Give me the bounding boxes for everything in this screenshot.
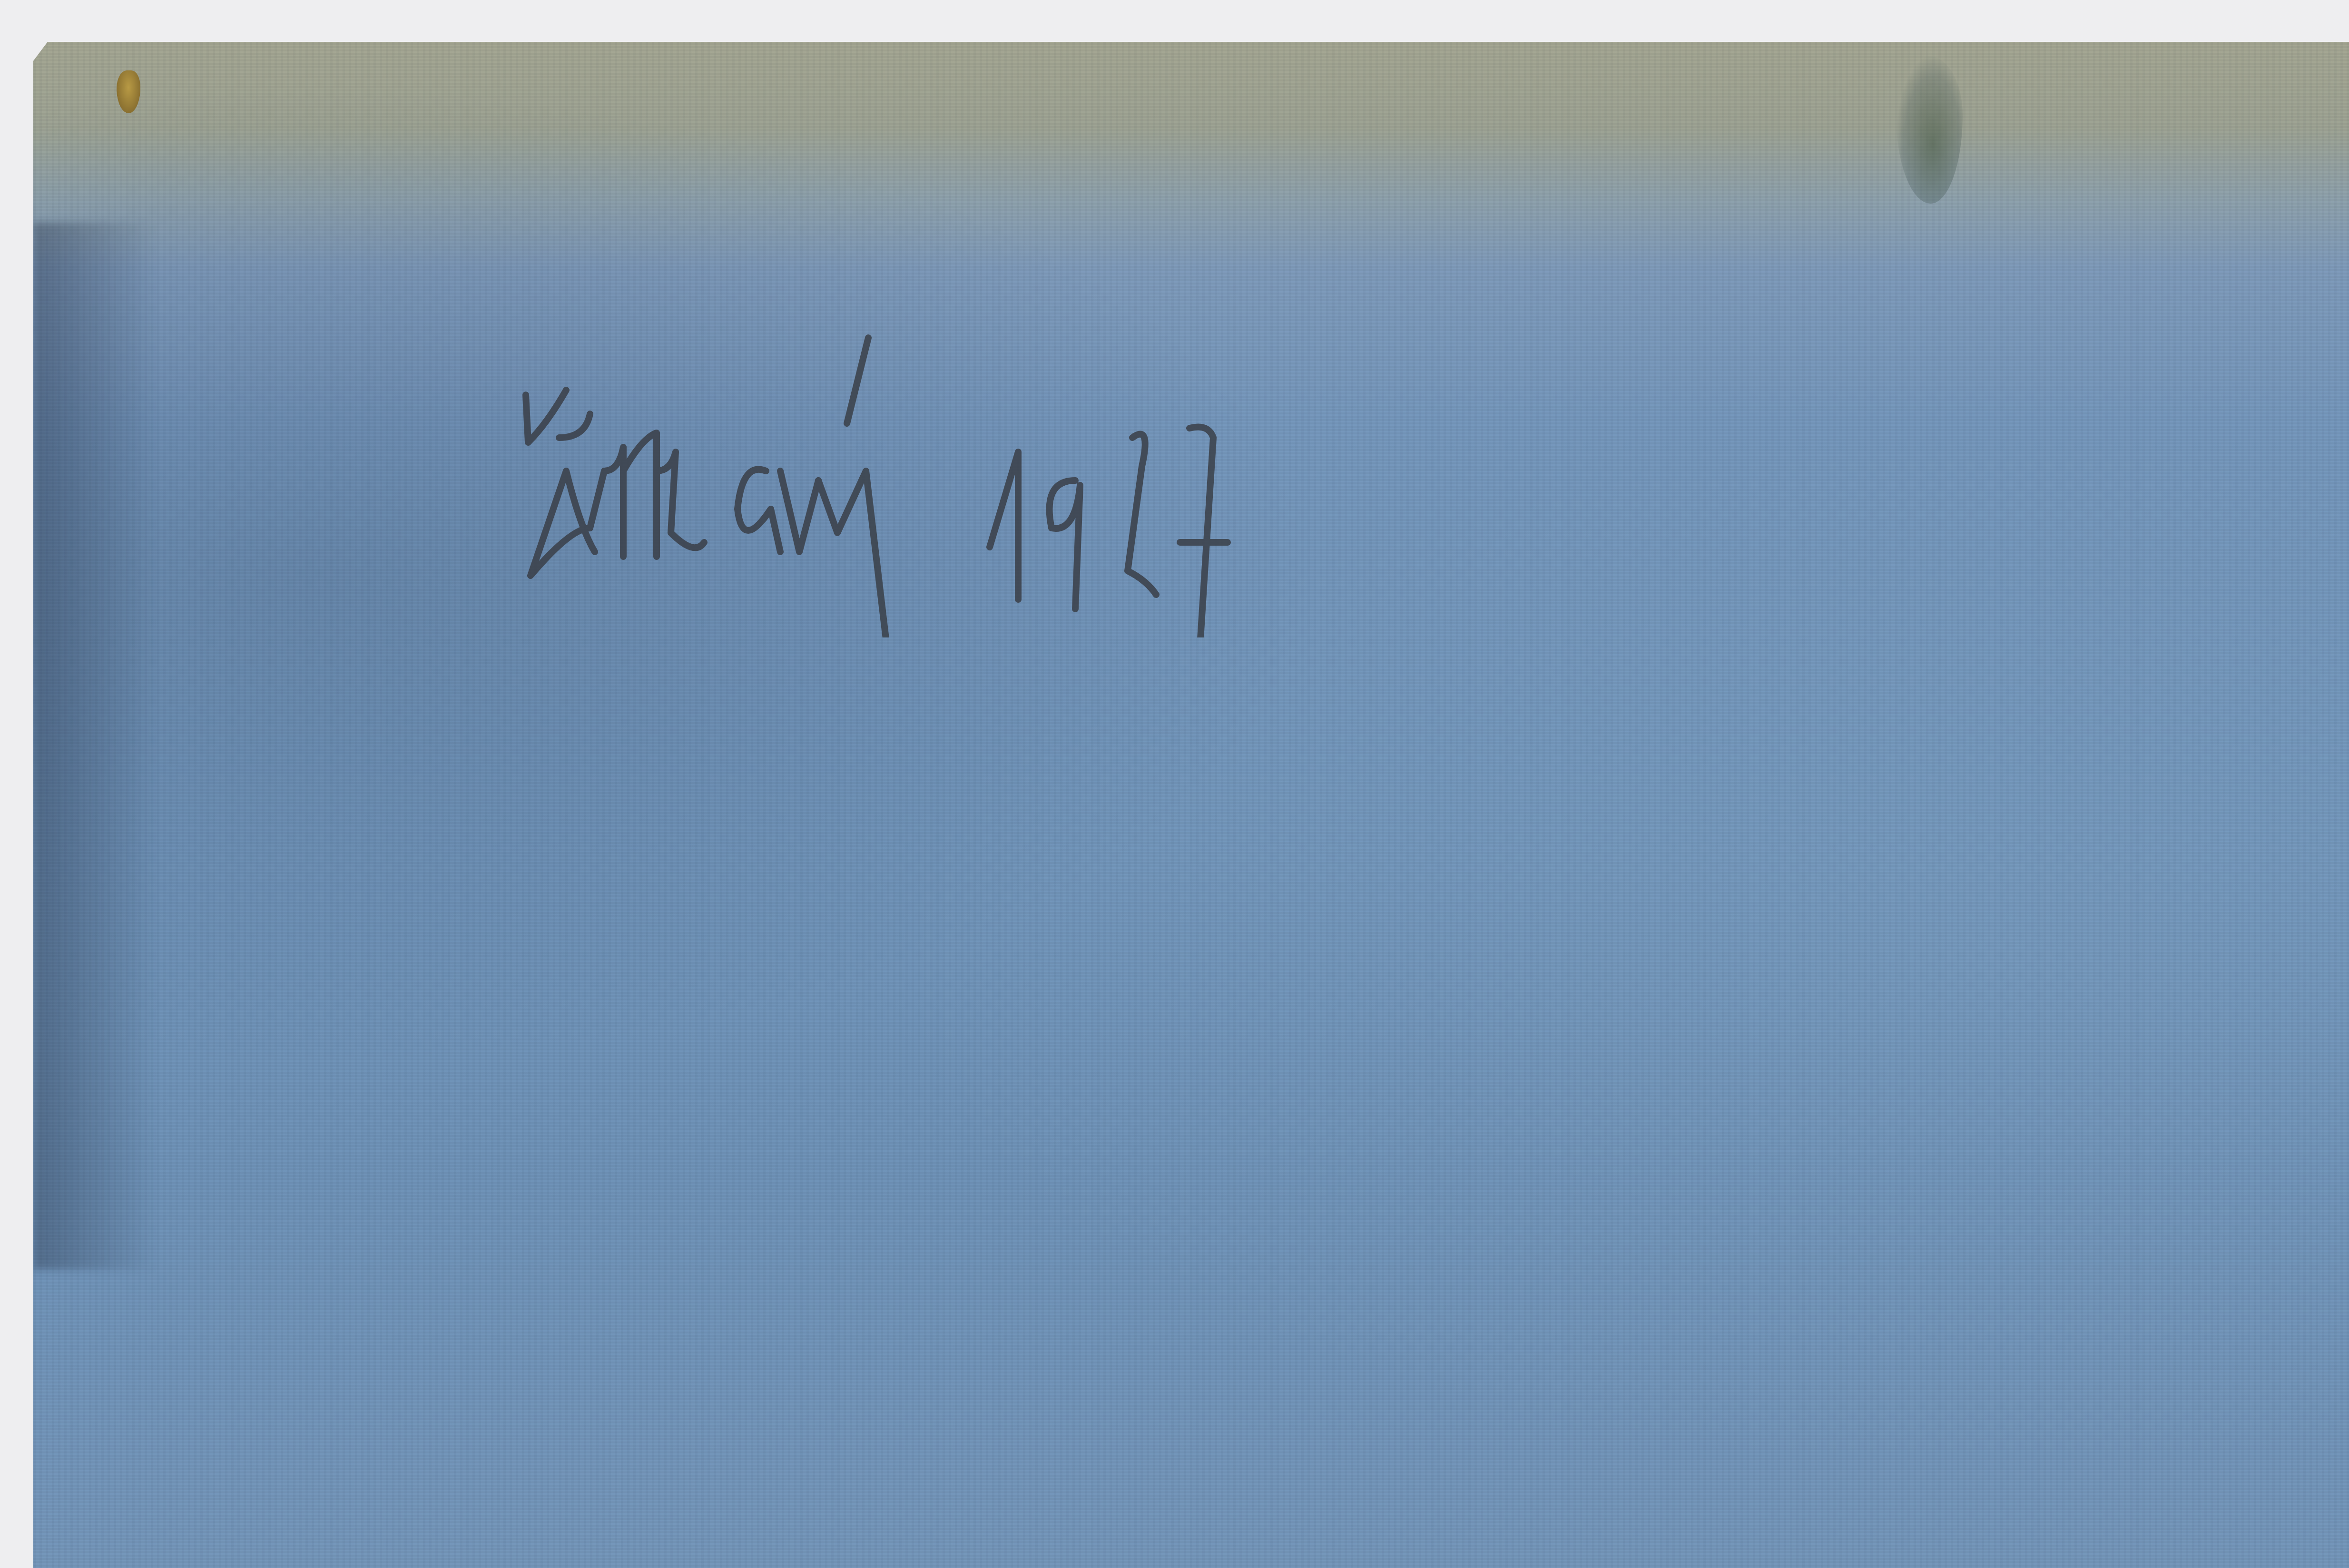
artist-signature: Zrzavý 1927 [514,328,1822,637]
dark-pastel-edge [33,223,157,1269]
gold-leaf-speck [117,70,140,113]
signature-handwriting [514,328,1822,637]
painted-paper-sheet [33,42,2349,1568]
paper-texture [33,42,2349,1568]
